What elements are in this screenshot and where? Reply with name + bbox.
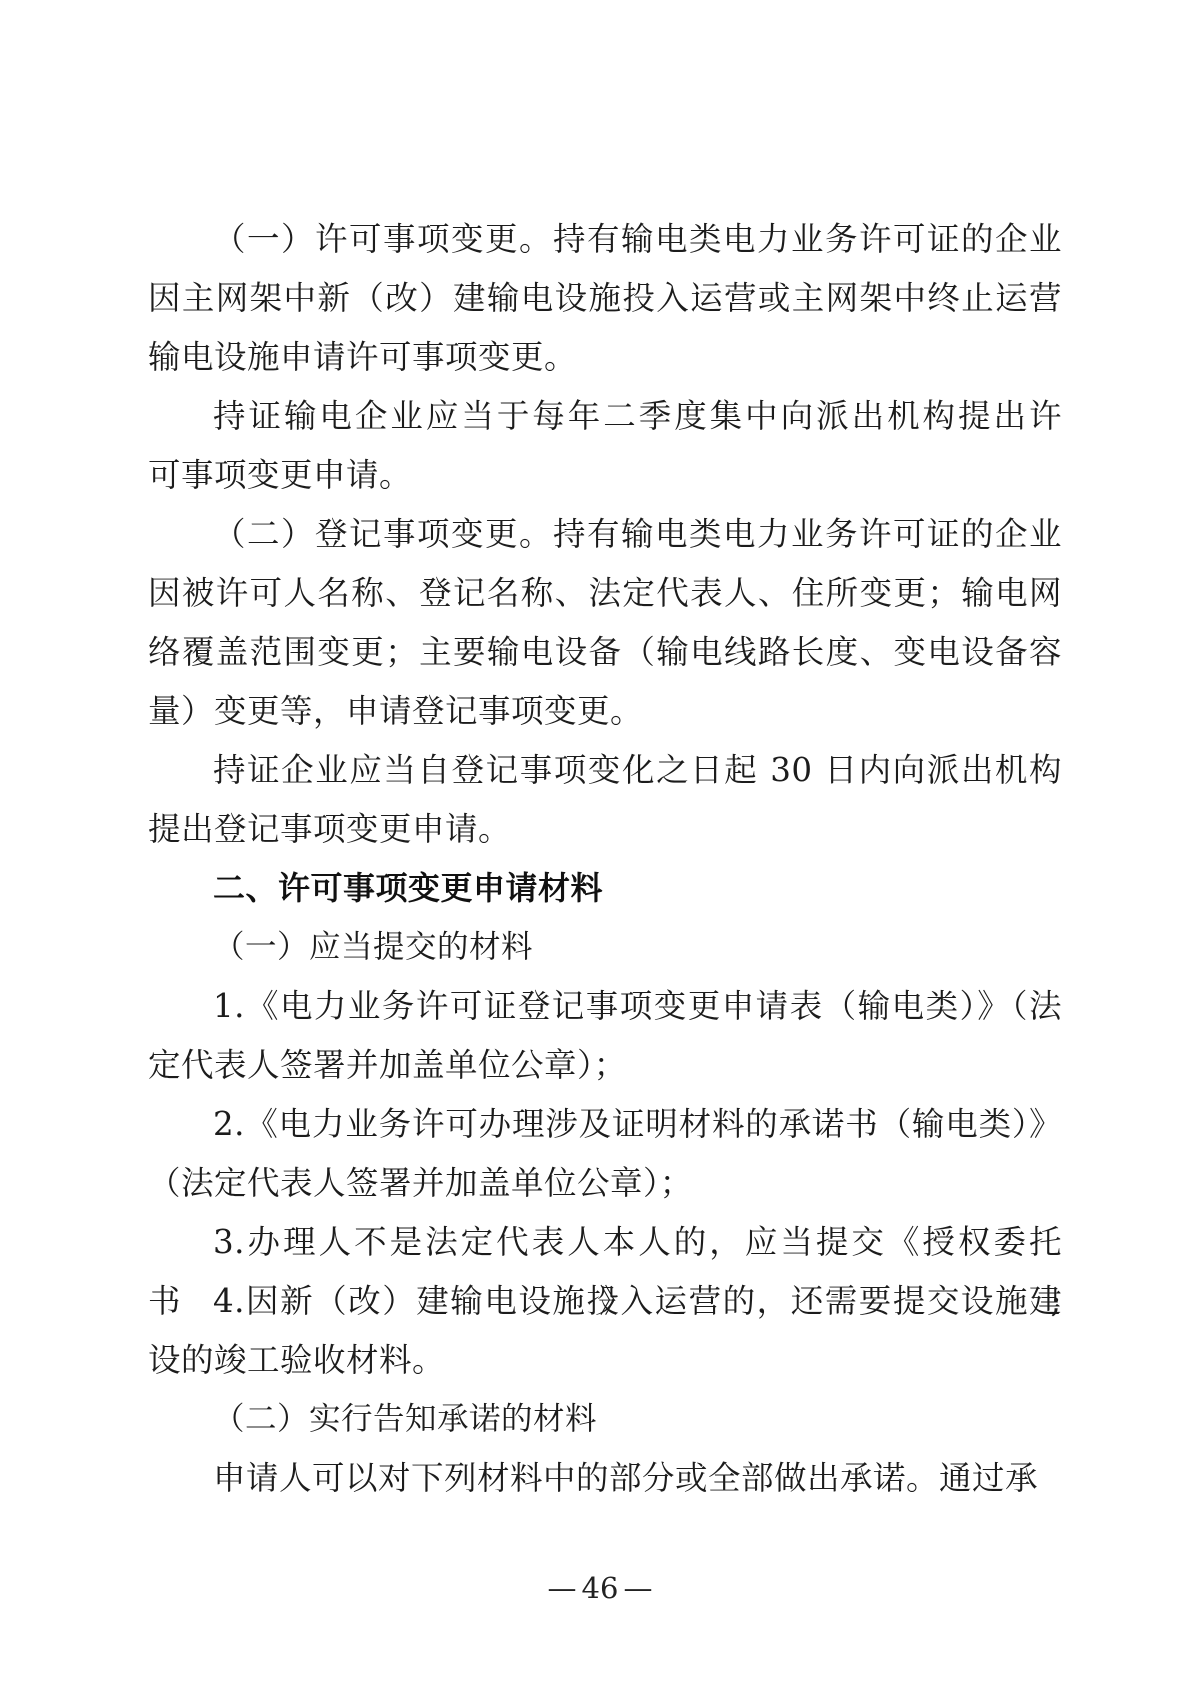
text-line: （二）实行告知承诺的材料 [148, 1390, 1062, 1449]
text-line: 2.《电力业务许可办理涉及证明材料的承诺书（输电类）》 [148, 1095, 1062, 1154]
footer-dash-left: — [545, 1571, 580, 1605]
document-body: （一）许可事项变更。持有输电类电力业务许可证的企业因主网架中新（改）建输电设施投… [148, 210, 1062, 1508]
subheading-required-materials: （一）应当提交的材料 [148, 918, 1062, 977]
text-line: 1.《电力业务许可证登记事项变更申请表（输电类）》（法 [148, 977, 1062, 1036]
para-license-item-change: （一）许可事项变更。持有输电类电力业务许可证的企业因主网架中新（改）建输电设施投… [148, 210, 1062, 387]
para-material-3: 3.办理人不是法定代表人本人的，应当提交《授权委托书》; [148, 1213, 1062, 1272]
text-line: 设的竣工验收材料。 [148, 1331, 1062, 1390]
text-line: 3.办理人不是法定代表人本人的，应当提交《授权委托书》; [148, 1213, 1062, 1272]
heading-section-two: 二、许可事项变更申请材料 [148, 859, 1062, 918]
page-number: 46 [580, 1571, 621, 1605]
text-line: 因主网架中新（改）建输电设施投入运营或主网架中终止运营 [148, 269, 1062, 328]
para-annual-second-quarter: 持证输电企业应当于每年二季度集中向派出机构提出许可事项变更申请。 [148, 387, 1062, 505]
subheading-commitment-materials: （二）实行告知承诺的材料 [148, 1390, 1062, 1449]
text-line: （法定代表人签署并加盖单位公章）； [148, 1154, 1062, 1213]
text-line: 持证企业应当自登记事项变化之日起 30 日内向派出机构 [148, 741, 1062, 800]
text-line: 定代表人签署并加盖单位公章）； [148, 1036, 1062, 1095]
text-line: 可事项变更申请。 [148, 446, 1062, 505]
text-line: （一）许可事项变更。持有输电类电力业务许可证的企业 [148, 210, 1062, 269]
text-line: 络覆盖范围变更；主要输电设备（输电线路长度、变电设备容 [148, 623, 1062, 682]
para-30-day-deadline: 持证企业应当自登记事项变化之日起 30 日内向派出机构提出登记事项变更申请。 [148, 741, 1062, 859]
text-line: 输电设施申请许可事项变更。 [148, 328, 1062, 387]
text-line: （二）登记事项变更。持有输电类电力业务许可证的企业 [148, 505, 1062, 564]
text-line: 4.因新（改）建输电设施投入运营的，还需要提交设施建 [148, 1272, 1062, 1331]
para-material-2: 2.《电力业务许可办理涉及证明材料的承诺书（输电类）》（法定代表人签署并加盖单位… [148, 1095, 1062, 1213]
page-footer: —46— [0, 1568, 1200, 1608]
footer-dash-right: — [620, 1571, 655, 1605]
text-line: 量）变更等，申请登记事项变更。 [148, 682, 1062, 741]
text-line: 申请人可以对下列材料中的部分或全部做出承诺。通过承 [148, 1449, 1062, 1508]
para-material-1: 1.《电力业务许可证登记事项变更申请表（输电类）》（法定代表人签署并加盖单位公章… [148, 977, 1062, 1095]
para-registration-item-change: （二）登记事项变更。持有输电类电力业务许可证的企业因被许可人名称、登记名称、法定… [148, 505, 1062, 741]
text-line: 持证输电企业应当于每年二季度集中向派出机构提出许 [148, 387, 1062, 446]
text-line: 二、许可事项变更申请材料 [148, 859, 1062, 918]
para-material-4: 4.因新（改）建输电设施投入运营的，还需要提交设施建设的竣工验收材料。 [148, 1272, 1062, 1390]
text-line: 提出登记事项变更申请。 [148, 800, 1062, 859]
text-line: 因被许可人名称、登记名称、法定代表人、住所变更；输电网 [148, 564, 1062, 623]
document-page: （一）许可事项变更。持有输电类电力业务许可证的企业因主网架中新（改）建输电设施投… [0, 0, 1200, 1696]
text-line: （一）应当提交的材料 [148, 918, 1062, 977]
para-commitment-intro: 申请人可以对下列材料中的部分或全部做出承诺。通过承 [148, 1449, 1062, 1508]
